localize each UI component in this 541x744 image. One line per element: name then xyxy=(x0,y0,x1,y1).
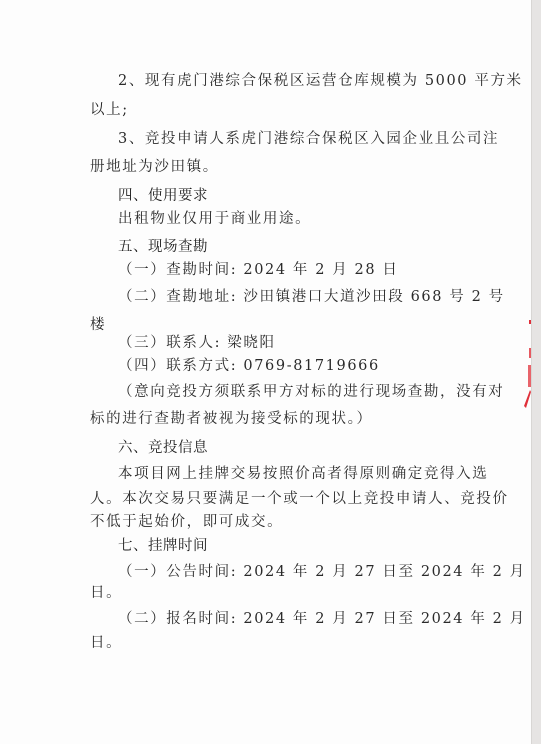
red-seal-fragment-icon xyxy=(524,320,532,410)
paragraph-line: （一）公告时间: 2024 年 2 月 27 日至 2024 年 2 月 29 xyxy=(118,563,541,581)
paragraph-line: 不低于起始价，即可成交。 xyxy=(90,513,283,531)
paragraph-line: 人。本次交易只要满足一个或一个以上竞投申请人、竞投价 xyxy=(90,490,509,508)
paragraph-line: 标的进行查勘者被视为接受标的现状。） xyxy=(90,410,373,428)
page-edge xyxy=(531,0,541,744)
paragraph-line: 日。 xyxy=(90,634,122,652)
paragraph-line: 本项目网上挂牌交易按照价高者得原则确定竞得入选 xyxy=(118,465,488,483)
paragraph-line: （意向竞投方须联系甲方对标的进行现场查勘，没有对 xyxy=(118,383,504,401)
paragraph-line: （四）联系方式: 0769-81719666 xyxy=(118,357,380,375)
paragraph-line: 楼 xyxy=(90,316,106,334)
document-page: 2、现有虎门港综合保税区运营仓库规模为 5000 平方米以上;3、竞投申请人系虎… xyxy=(0,0,531,744)
paragraph-line: （二）查勘地址: 沙田镇港口大道沙田段 668 号 2 号 xyxy=(118,288,505,306)
section-heading: 六、竞投信息 xyxy=(118,439,208,457)
section-heading: 七、挂牌时间 xyxy=(118,537,208,555)
paragraph-line: 日。 xyxy=(90,584,122,602)
paragraph-line: （二）报名时间: 2024 年 2 月 27 日至 2024 年 2 月 29 xyxy=(118,610,541,628)
section-heading: 四、使用要求 xyxy=(118,187,208,205)
paragraph-line: 3、竞投申请人系虎门港综合保税区入园企业且公司注 xyxy=(118,130,499,148)
paragraph-line: 以上; xyxy=(90,101,129,119)
paragraph-line: 2、现有虎门港综合保税区运营仓库规模为 5000 平方米 xyxy=(118,72,523,90)
paragraph-line: （一）查勘时间: 2024 年 2 月 28 日 xyxy=(118,261,399,279)
section-heading: 五、现场查勘 xyxy=(118,238,208,256)
paragraph-line: 册地址为沙田镇。 xyxy=(90,158,219,176)
paragraph-line: 出租物业仅用于商业用途。 xyxy=(118,210,311,228)
paragraph-line: （三）联系人: 梁晓阳 xyxy=(118,334,276,352)
